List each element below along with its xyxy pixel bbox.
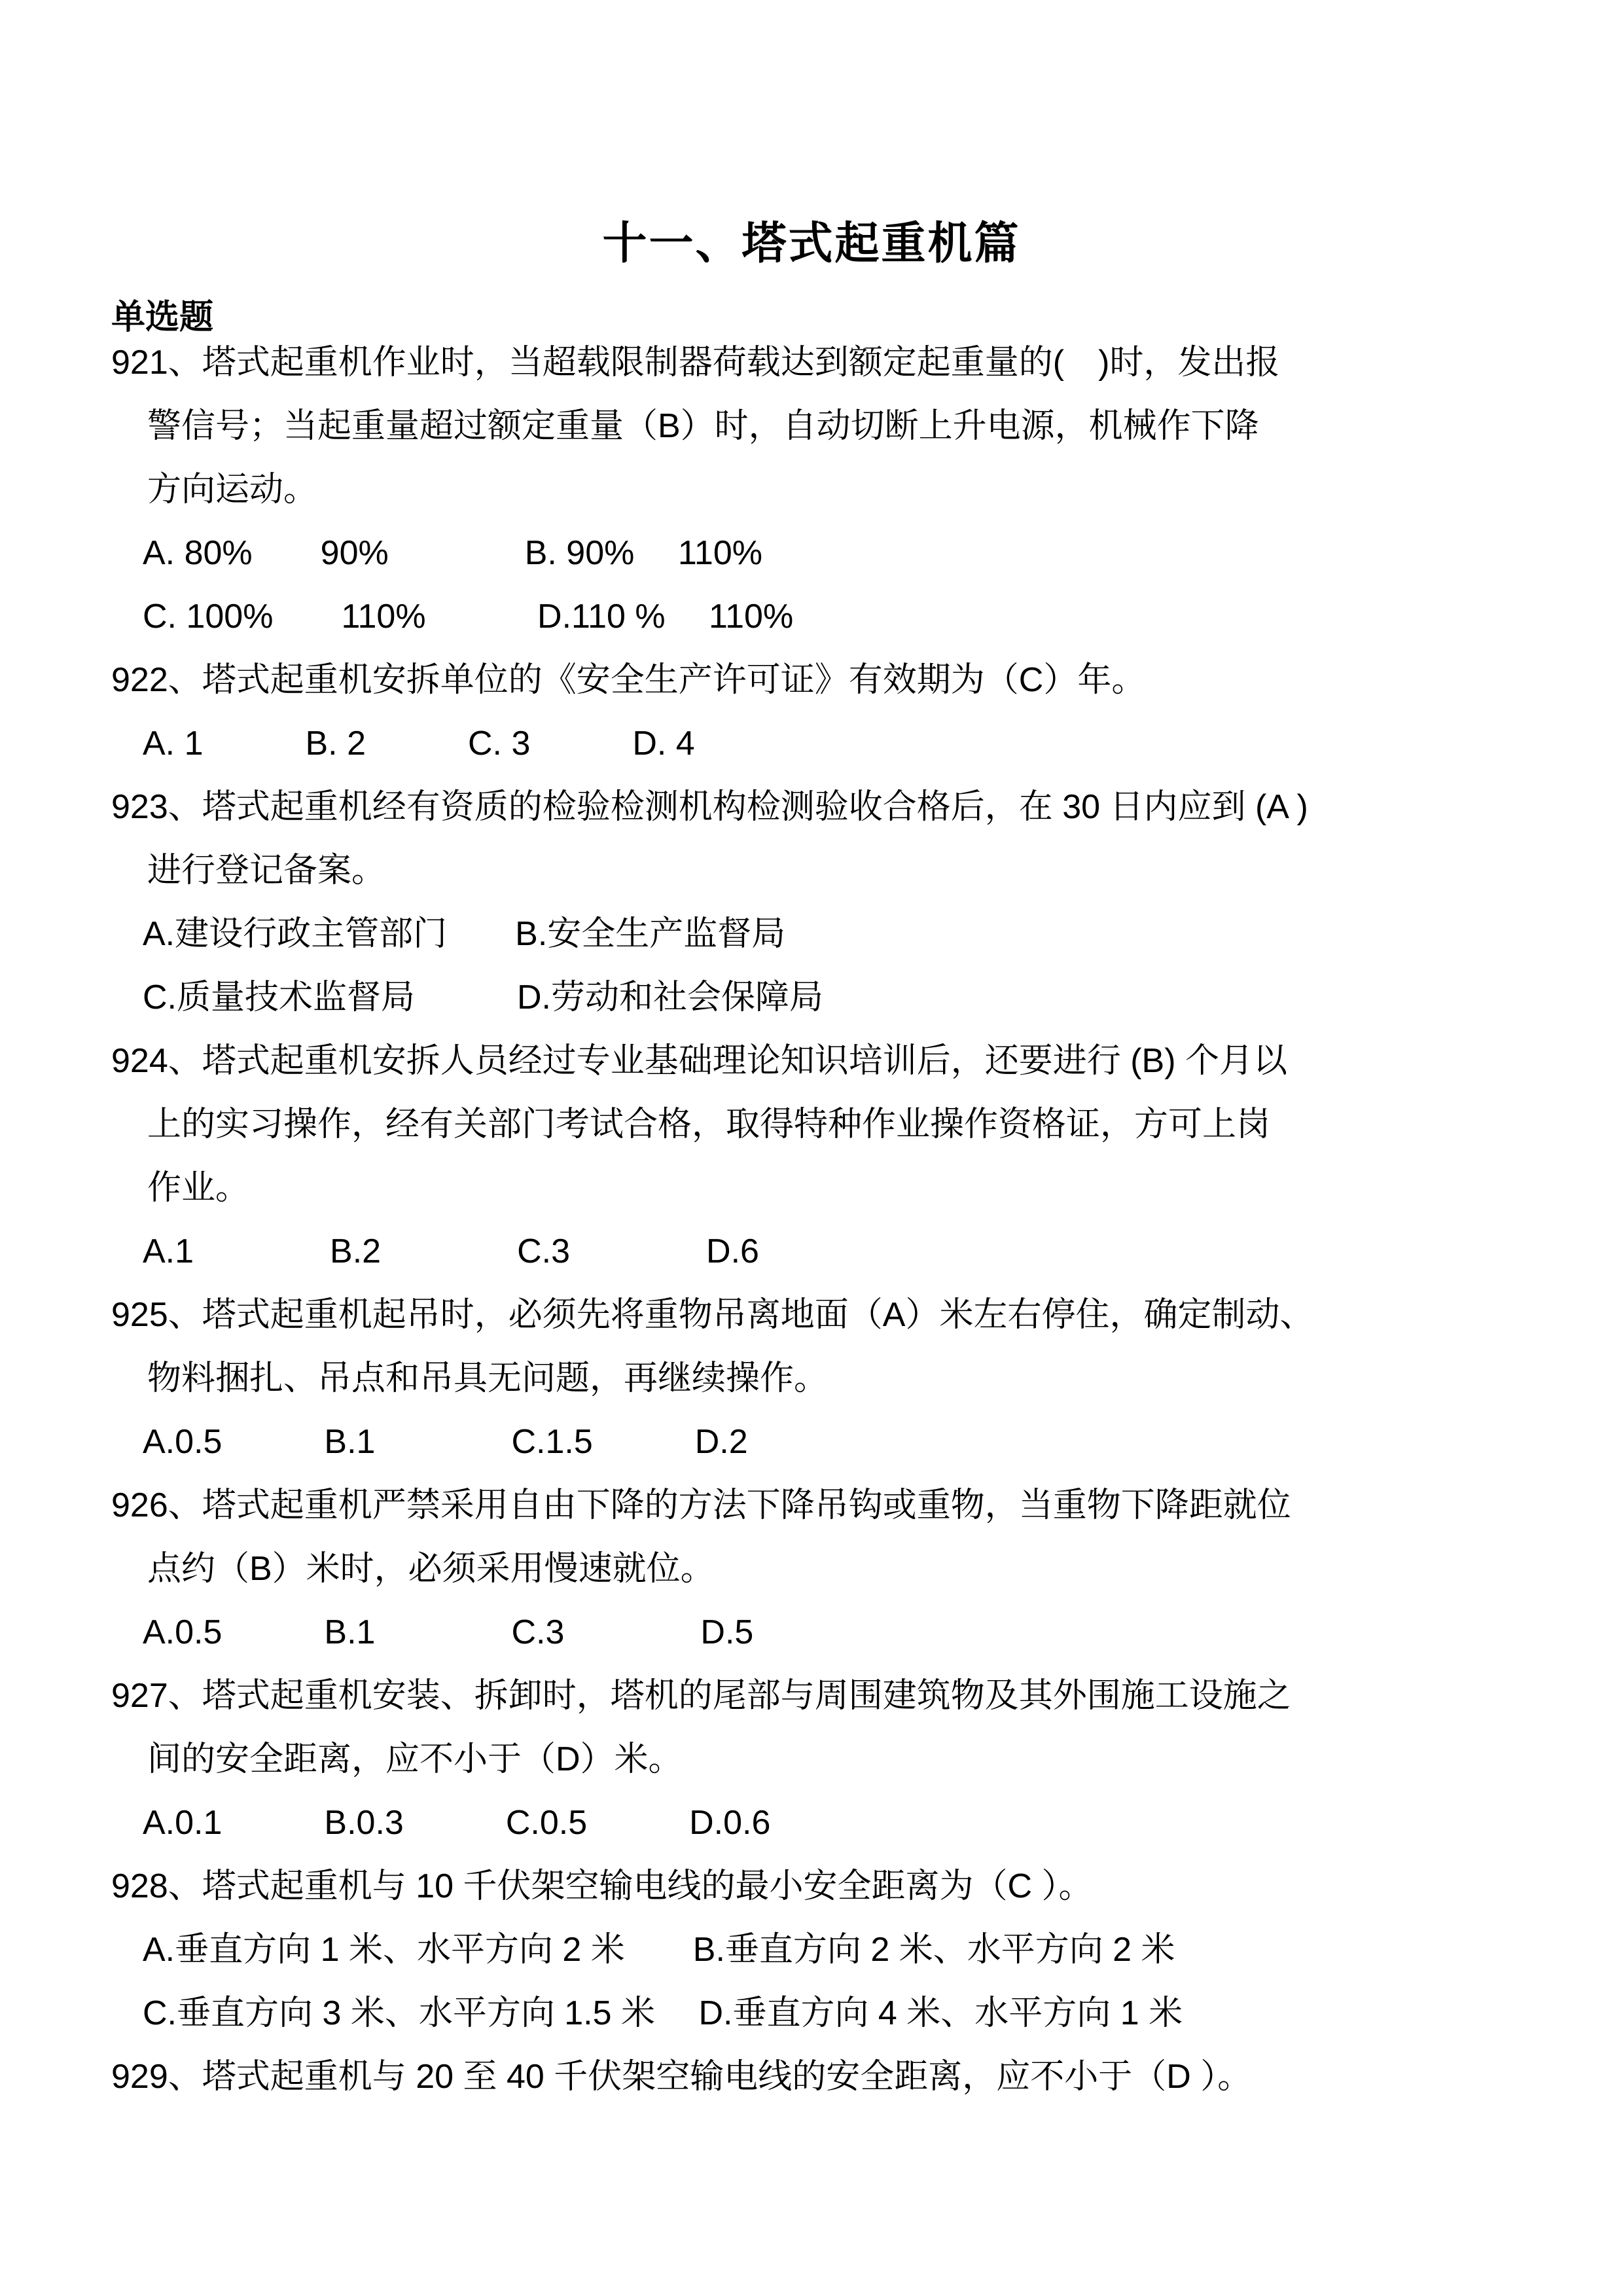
question-928-line-1: 928、塔式起重机与 10 千伏架空输电线的最小安全距离为（C ）。 xyxy=(0,1855,1623,1918)
question-926-line-1: 926、塔式起重机严禁采用自由下降的方法下降吊钩或重物，当重物下降距就位 xyxy=(0,1474,1623,1537)
document-body: 921、塔式起重机作业时，当超载限制器荷载达到额定起重量的( )时，发出报 警信… xyxy=(0,331,1623,2109)
question-925-line-2: 物料捆扎、吊点和吊具无问题，再继续操作。 xyxy=(0,1347,1623,1410)
question-926-line-2: 点约（B）米时，必须采用慢速就位。 xyxy=(0,1537,1623,1601)
question-921-line-3: 方向运动。 xyxy=(0,458,1623,522)
question-928-options-row-2: C.垂直方向 3 米、水平方向 1.5 米 D.垂直方向 4 米、水平方向 1 … xyxy=(0,1982,1623,2045)
question-925-options-row-1: A.0.5 B.1 C.1.5 D.2 xyxy=(0,1410,1623,1474)
question-928-options-row-1: A.垂直方向 1 米、水平方向 2 米 B.垂直方向 2 米、水平方向 2 米 xyxy=(0,1918,1623,1982)
question-924-line-2: 上的实习操作，经有关部门考试合格，取得特种作业操作资格证，方可上岗 xyxy=(0,1093,1623,1157)
question-928: 928、塔式起重机与 10 千伏架空输电线的最小安全距离为（C ）。 A.垂直方… xyxy=(0,1855,1623,2045)
question-925-line-1: 925、塔式起重机起吊时，必须先将重物吊离地面（A）米左右停住，确定制动、 xyxy=(0,1283,1623,1347)
question-924-line-1: 924、塔式起重机安拆人员经过专业基础理论知识培训后，还要进行 (B) 个月以 xyxy=(0,1030,1623,1093)
question-927: 927、塔式起重机安装、拆卸时，塔机的尾部与周围建筑物及其外围施工设施之 间的安… xyxy=(0,1664,1623,1855)
question-927-line-2: 间的安全距离，应不小于（D）米。 xyxy=(0,1728,1623,1791)
question-921: 921、塔式起重机作业时，当超载限制器荷载达到额定起重量的( )时，发出报 警信… xyxy=(0,331,1623,649)
question-929-line-1: 929、塔式起重机与 20 至 40 千伏架空输电线的安全距离，应不小于（D ）… xyxy=(0,2045,1623,2109)
question-929: 929、塔式起重机与 20 至 40 千伏架空输电线的安全距离，应不小于（D ）… xyxy=(0,2045,1623,2109)
question-922-line-1: 922、塔式起重机安拆单位的《安全生产许可证》有效期为（C）年。 xyxy=(0,649,1623,712)
question-926-options-row-1: A.0.5 B.1 C.3 D.5 xyxy=(0,1601,1623,1664)
question-922-options-row-1: A. 1 B. 2 C. 3 D. 4 xyxy=(0,712,1623,776)
question-924: 924、塔式起重机安拆人员经过专业基础理论知识培训后，还要进行 (B) 个月以 … xyxy=(0,1030,1623,1283)
question-924-line-3: 作业。 xyxy=(0,1157,1623,1220)
question-921-line-1: 921、塔式起重机作业时，当超载限制器荷载达到额定起重量的( )时，发出报 xyxy=(0,331,1623,395)
question-923-line-1: 923、塔式起重机经有资质的检验检测机构检测验收合格后，在 30 日内应到 (A… xyxy=(0,776,1623,839)
question-927-options-row-1: A.0.1 B.0.3 C.0.5 D.0.6 xyxy=(0,1791,1623,1855)
question-923-options-row-1: A.建设行政主管部门 B.安全生产监督局 xyxy=(0,903,1623,966)
question-921-options-row-2: C. 100% 110% D.110 % 110% xyxy=(0,585,1623,649)
document-page: 十一、塔式起重机篇 单选题 921、塔式起重机作业时，当超载限制器荷载达到额定起… xyxy=(0,0,1623,2296)
question-922: 922、塔式起重机安拆单位的《安全生产许可证》有效期为（C）年。 A. 1 B.… xyxy=(0,649,1623,776)
question-924-options-row-1: A.1 B.2 C.3 D.6 xyxy=(0,1220,1623,1283)
question-923-line-2: 进行登记备案。 xyxy=(0,839,1623,903)
question-927-line-1: 927、塔式起重机安装、拆卸时，塔机的尾部与周围建筑物及其外围施工设施之 xyxy=(0,1664,1623,1728)
question-921-line-2: 警信号；当起重量超过额定重量（B）时，自动切断上升电源，机械作下降 xyxy=(0,395,1623,458)
question-923: 923、塔式起重机经有资质的检验检测机构检测验收合格后，在 30 日内应到 (A… xyxy=(0,776,1623,1030)
question-921-options-row-1: A. 80% 90% B. 90% 110% xyxy=(0,522,1623,585)
page-title: 十一、塔式起重机篇 xyxy=(0,208,1623,272)
question-926: 926、塔式起重机严禁采用自由下降的方法下降吊钩或重物，当重物下降距就位 点约（… xyxy=(0,1474,1623,1664)
question-923-options-row-2: C.质量技术监督局 D.劳动和社会保障局 xyxy=(0,966,1623,1030)
question-925: 925、塔式起重机起吊时，必须先将重物吊离地面（A）米左右停住，确定制动、 物料… xyxy=(0,1283,1623,1474)
